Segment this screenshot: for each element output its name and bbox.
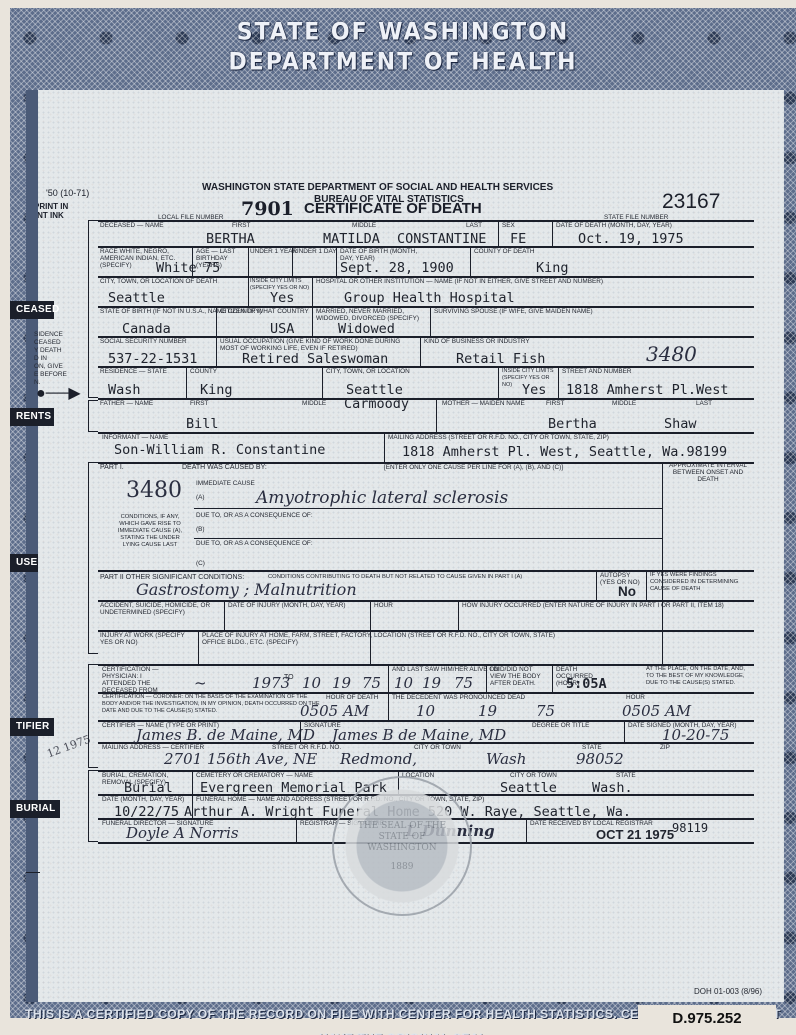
label-middle: MIDDLE — [352, 222, 376, 229]
last-saw-year: 75 — [454, 674, 473, 692]
deceased-county: King — [536, 260, 569, 276]
label-due-to-2: DUE TO, OR AS A CONSEQUENCE OF: — [196, 540, 313, 547]
label-county: COUNTY OF DEATH — [474, 248, 534, 255]
burial-method: Burial — [124, 780, 173, 796]
label-spouse: SURVIVING SPOUSE (IF WIFE, GIVE MAIDEN N… — [434, 308, 593, 315]
label-injury-date: DATE OF INJURY (MONTH, DAY, YEAR) — [228, 602, 346, 609]
business-code: 3480 — [646, 342, 697, 366]
tab-burial: BURIAL — [10, 800, 60, 818]
residence-county: King — [200, 382, 233, 398]
business: Retail Fish — [456, 351, 545, 367]
burial-city: Seattle — [500, 780, 557, 796]
informant-name: Son-William R. Constantine — [114, 442, 325, 458]
ssn: 537-22-1531 — [108, 351, 197, 367]
label-mother: MOTHER — MAIDEN NAME — [442, 400, 525, 407]
certifier-state: Wash — [486, 750, 526, 768]
label-deceased-name: DECEASED — NAME — [100, 222, 164, 229]
other-conditions: Gastrostomy ; Malnutrition — [136, 580, 357, 599]
label-immediate: IMMEDIATE CAUSE — [196, 480, 255, 487]
immediate-cause-a: Amyotrophic lateral sclerosis — [256, 488, 508, 508]
local-file-number: 7901 — [241, 198, 294, 220]
burial-date: 10/22/75 — [114, 804, 179, 820]
father-first: Bill — [186, 416, 219, 432]
label-certifier-zip: ZIP — [660, 744, 670, 751]
label-burial-date: DATE (MONTH, DAY, YEAR) — [102, 796, 184, 803]
label-place-injury: PLACE OF INJURY AT HOME, FARM, STREET, F… — [202, 632, 372, 646]
attended-to-year: 75 — [362, 674, 381, 692]
certifier-street: 2701 156th Ave, NE — [164, 750, 317, 768]
parents-bracket — [88, 400, 98, 432]
coroner-hour-of-death: 0505 AM — [300, 702, 369, 720]
label-at-place: AT THE PLACE, ON THE DATE, AND, TO THE B… — [646, 666, 754, 687]
tab-cause: USE — [10, 554, 38, 572]
pronounced-hour: 0505 AM — [622, 702, 691, 720]
label-informant: INFORMANT — NAME — [102, 434, 168, 441]
residence-inside-city: Yes — [522, 382, 546, 398]
form-revision: DOH 01-003 (8/96) — [694, 988, 762, 995]
seal-caption: THE SEAL OF THE STATE OF WASHINGTON — [347, 821, 457, 854]
label-last-saw: AND LAST SAW HIM/HER ALIVE ON — [392, 666, 499, 673]
marital-status: Widowed — [338, 321, 395, 337]
death-hour: 5:05A — [566, 676, 607, 692]
residence-state: Wash — [108, 382, 141, 398]
label-coroner: CERTIFICATION — CORONER: ON THE BASIS OF… — [102, 694, 322, 715]
deceased-first-name: BERTHA — [206, 231, 255, 247]
last-saw-month: 10 — [394, 674, 413, 692]
label-occupation: USUAL OCCUPATION (GIVE KIND OF WORK DONE… — [220, 338, 420, 352]
label-physician: CERTIFICATION — PHYSICIAN: I ATTENDED TH… — [102, 666, 172, 694]
date-stamp: 12 1975 — [45, 733, 92, 761]
label-one-per-line: [ENTER ONLY ONE CAUSE PER LINE FOR (a), … — [384, 464, 563, 471]
label-sex: SEX — [502, 222, 515, 229]
label-injury-hour: HOUR — [374, 602, 393, 609]
label-informant-address: MAILING ADDRESS (STREET OR R.F.D. NO., C… — [388, 434, 609, 441]
pronounced-day: 19 — [478, 702, 497, 720]
label-under-year: UNDER 1 YEAR — [250, 248, 297, 255]
residence-street: 1818 Amherst Pl.West — [566, 382, 729, 398]
label-marital: MARRIED, NEVER MARRIED, WIDOWED, DIVORCE… — [316, 308, 426, 322]
date-signed: 10-20-75 — [662, 726, 729, 744]
label-mother-first: FIRST — [546, 400, 564, 407]
label-degree: DEGREE OR TITLE — [532, 722, 589, 729]
label-mother-middle: MIDDLE — [612, 400, 636, 407]
label-business: KIND OF BUSINESS OR INDUSTRY — [424, 338, 530, 345]
label-interval: APPROXIMATE INTERVAL BETWEEN ONSET AND D… — [662, 462, 754, 483]
banner-line-2: DEPARTMENT OF HEALTH — [10, 47, 796, 80]
label-viewed: I DID/DID NOT VIEW THE BODY AFTER DEATH. — [490, 666, 550, 687]
tab-parents: RENTS — [10, 408, 54, 426]
label-conditions: CONDITIONS, IF ANY, WHICH GAVE RISE TO I… — [114, 514, 186, 549]
mother-first: Bertha — [548, 416, 597, 432]
label-burial-city: CITY OR TOWN — [510, 772, 557, 779]
seal-year: 1889 — [347, 862, 457, 872]
attended-to-day: 19 — [332, 674, 351, 692]
label-how-injury: HOW INJURY OCCURRED (ENTER NATURE OF INJ… — [462, 602, 724, 609]
label-hour-of-death: HOUR OF DEATH — [326, 694, 378, 701]
certifier-signature: James B de Maine, MD — [332, 726, 506, 744]
birth-state: Canada — [122, 321, 171, 337]
death-city: Seattle — [108, 290, 165, 306]
document-id: D.975.252 — [638, 1005, 776, 1033]
burial-state: Wash. — [592, 780, 633, 796]
certifier-zip: 98052 — [576, 750, 624, 768]
label-cemetery: CEMETERY OR CREMATORY — NAME — [196, 772, 313, 779]
left-strip — [26, 90, 38, 1002]
label-to: TO — [284, 674, 294, 681]
autopsy-value: No — [618, 584, 636, 599]
state-banner: STATE OF WASHINGTON DEPARTMENT OF HEALTH — [10, 18, 796, 88]
deceased-sex: FE — [510, 231, 526, 247]
label-mother-last: LAST — [696, 400, 712, 407]
state-file-number: 23167 — [662, 190, 720, 214]
label-due-to-1: DUE TO, OR AS A CONSEQUENCE OF: — [196, 512, 313, 519]
label-date-received: DATE RECEIVED BY LOCAL REGISTRAR — [530, 820, 653, 827]
label-res-city: CITY, TOWN, OR LOCATION — [326, 368, 410, 375]
label-citizen: CITIZEN OF WHAT COUNTRY — [220, 308, 309, 315]
certifier-name: James B. de Maine, MD — [136, 726, 315, 744]
attended-to-month: 10 — [302, 674, 321, 692]
banner-line-1: STATE OF WASHINGTON — [10, 17, 796, 50]
certifier-city: Redmond, — [340, 750, 417, 768]
pronounced-month: 10 — [416, 702, 435, 720]
mother-last: Shaw — [664, 416, 697, 432]
informant-address: 1818 Amherst Pl. West, Seattle, Wa.98199 — [402, 444, 727, 460]
form-number: '50 (10-71) — [46, 188, 89, 198]
label-certifier-city: CITY OR TOWN — [414, 744, 461, 751]
deceased-bracket — [88, 220, 98, 398]
label-date-of-death: DATE OF DEATH (MONTH, DAY, YEAR) — [556, 222, 672, 229]
pronounced-year: 75 — [536, 702, 555, 720]
label-hospital: HOSPITAL OR OTHER INSTITUTION — NAME (IF… — [316, 278, 603, 285]
arrow-icon: ●──▶ — [36, 383, 81, 403]
label-injury-location: LOCATION (STREET OR R.F.D. NO., CITY OR … — [374, 632, 555, 639]
label-pronounced: THE DECEDENT WAS PRONOUNCED DEAD — [392, 694, 525, 701]
label-under-day: UNDER 1 DAY — [294, 248, 337, 255]
label-father-middle: MIDDLE — [302, 400, 326, 407]
label-city: CITY, TOWN, OR LOCATION OF DEATH — [100, 278, 217, 285]
funeral-director-signature: Doyle A Norris — [126, 824, 239, 842]
label-father-first: FIRST — [190, 400, 208, 407]
date-received: OCT 21 1975 — [596, 827, 674, 842]
citizenship: USA — [270, 321, 294, 337]
certificate-border: STATE OF WASHINGTON DEPARTMENT OF HEALTH… — [10, 8, 796, 1018]
tab-certifier: TIFIER — [10, 718, 54, 736]
death-inside-city: Yes — [270, 290, 294, 306]
state-seal: THE SEAL OF THE STATE OF WASHINGTON 1889 — [332, 776, 472, 916]
attended-from-month: ~ — [194, 674, 207, 692]
residence-note: SIDENCE CEASED Y DEATH D IN ON, GIVE E B… — [34, 331, 67, 387]
cause-code: 3480 — [126, 478, 182, 503]
label-burial-state: STATE — [616, 772, 636, 779]
deceased-last-name: CONSTANTINE — [397, 231, 486, 247]
occupation: Retired Saleswoman — [242, 351, 388, 367]
certifier-bracket — [88, 664, 98, 768]
cause-bracket — [88, 462, 98, 654]
label-caused-by: DEATH WAS CAUSED BY: — [182, 464, 267, 471]
certificate-title: CERTIFICATE OF DEATH — [304, 200, 482, 217]
seal-text: THE SEAL OF THE STATE OF WASHINGTON 1889 — [334, 778, 470, 914]
last-saw-day: 19 — [422, 674, 441, 692]
label-ssn: SOCIAL SECURITY NUMBER — [100, 338, 187, 345]
deceased-date-of-death: Oct. 19, 1975 — [578, 231, 684, 247]
hospital-name: Group Health Hospital — [344, 290, 515, 306]
label-at-work: INJURY AT WORK (SPECIFY YES OR NO) — [100, 632, 190, 646]
deceased-age: 75 — [204, 260, 220, 276]
father-last: Carmoody — [344, 396, 409, 412]
agency-name: WASHINGTON STATE DEPARTMENT OF SOCIAL AN… — [202, 182, 553, 193]
label-last: LAST — [466, 222, 482, 229]
label-part1: PART I. — [100, 464, 124, 471]
deceased-middle-name: MATILDA — [323, 231, 380, 247]
burial-bracket — [88, 770, 98, 842]
label-first: FIRST — [232, 222, 250, 229]
label-res-county: COUNTY — [190, 368, 217, 375]
label-father: FATHER — NAME — [100, 400, 153, 407]
funeral-home-zip: 98119 — [672, 821, 708, 835]
label-res-state: RESIDENCE — STATE — [100, 368, 167, 375]
label-manner: ACCIDENT, SUICIDE, HOMICIDE, OR UNDETERM… — [100, 602, 220, 616]
deceased-race: White — [156, 260, 197, 276]
deceased-dob: Sept. 28, 1900 — [340, 260, 454, 276]
label-findings: IF YES WERE FINDINGS CONSIDERED IN DETER… — [650, 572, 754, 593]
label-res-street: STREET AND NUMBER — [562, 368, 631, 375]
tab-deceased: CEASED — [10, 301, 54, 319]
label-pronounced-hour: HOUR — [626, 694, 645, 701]
